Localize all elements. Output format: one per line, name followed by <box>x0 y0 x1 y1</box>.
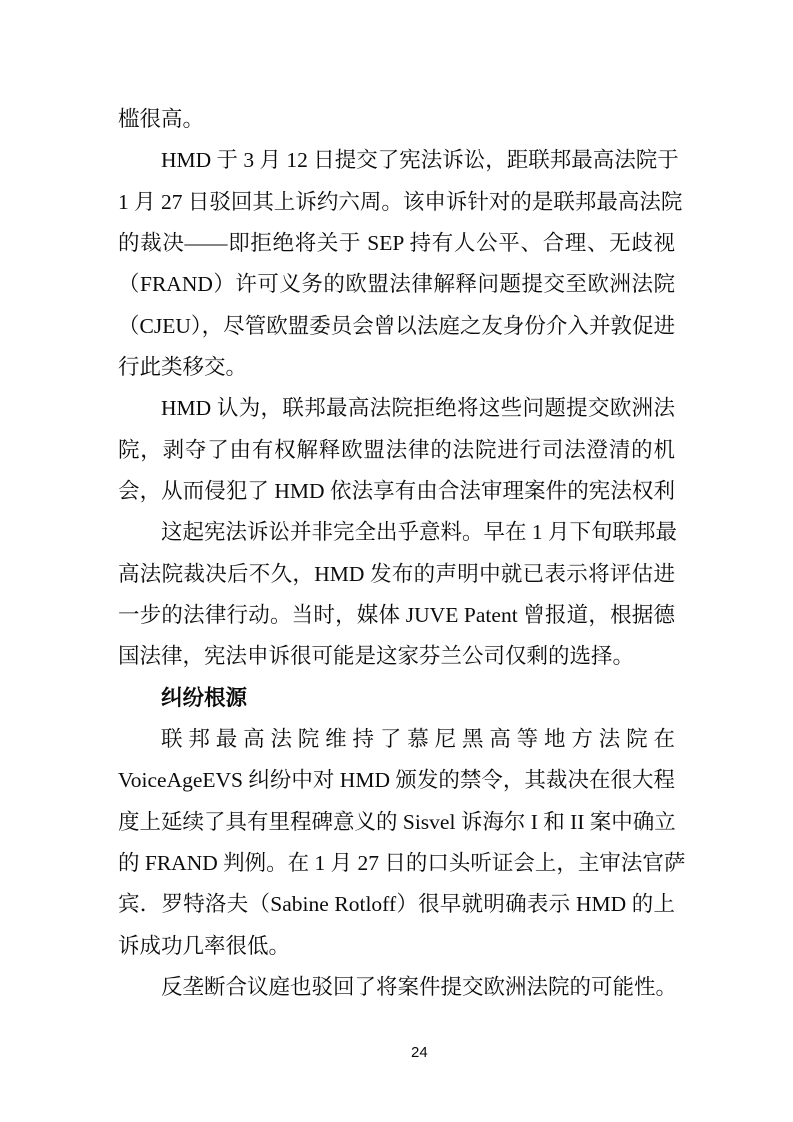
text-line: 宾．罗特洛夫（Sabine Rotloff）很早就明确表示 HMD 的上 <box>118 884 675 925</box>
text-line: 会，从而侵犯了 HMD 依法享有由合法审理案件的宪法权利 <box>118 471 675 512</box>
section-heading: 纠纷根源 <box>118 678 675 719</box>
text-line: 高法院裁决后不久，HMD 发布的声明中就已表示将评估进 <box>118 554 675 595</box>
text-line: 国法律，宪法申诉很可能是这家芬兰公司仅剩的选择。 <box>118 636 675 677</box>
text-line: 行此类移交。 <box>118 347 675 388</box>
text-line: 诉成功几率很低。 <box>118 926 675 967</box>
text-line: 一步的法律行动。当时，媒体 JUVE Patent 曾报道，根据德 <box>118 595 675 636</box>
text-line: （CJEU），尽管欧盟委员会曾以法庭之友身份介入并敦促进 <box>118 306 675 347</box>
text-line: 的裁决——即拒绝将关于 SEP 持有人公平、合理、无歧视 <box>118 223 675 264</box>
text-line: 槛很高。 <box>118 99 675 140</box>
text-line: HMD 认为，联邦最高法院拒绝将这些问题提交欧洲法 <box>118 388 675 429</box>
text-line: 院，剥夺了由有权解释欧盟法律的法院进行司法澄清的机 <box>118 430 675 471</box>
text-line: 联邦最高法院维持了慕尼黑高等地方法院在 <box>118 719 675 760</box>
text-line: 反垄断合议庭也驳回了将案件提交欧洲法院的可能性。 <box>118 967 675 1008</box>
text-line: 这起宪法诉讼并非完全出乎意料。早在 1 月下旬联邦最 <box>118 512 675 553</box>
text-line: 度上延续了具有里程碑意义的 Sisvel 诉海尔 I 和 II 案中确立 <box>118 802 675 843</box>
text-line: （FRAND）许可义务的欧盟法律解释问题提交至欧洲法院 <box>118 264 675 305</box>
text-line: 的 FRAND 判例。在 1 月 27 日的口头听证会上，主审法官萨 <box>118 843 675 884</box>
text-line: HMD 于 3 月 12 日提交了宪法诉讼，距联邦最高法院于 <box>118 140 675 181</box>
document-text-block: 槛很高。HMD 于 3 月 12 日提交了宪法诉讼，距联邦最高法院于1 月 27… <box>118 99 675 1008</box>
text-line: 1 月 27 日驳回其上诉约六周。该申诉针对的是联邦最高法院 <box>118 182 675 223</box>
page-number: 24 <box>411 1044 428 1062</box>
text-line: VoiceAgeEVS 纠纷中对 HMD 颁发的禁令，其裁决在很大程 <box>118 760 675 801</box>
document-page: 槛很高。HMD 于 3 月 12 日提交了宪法诉讼，距联邦最高法院于1 月 27… <box>0 0 793 1122</box>
